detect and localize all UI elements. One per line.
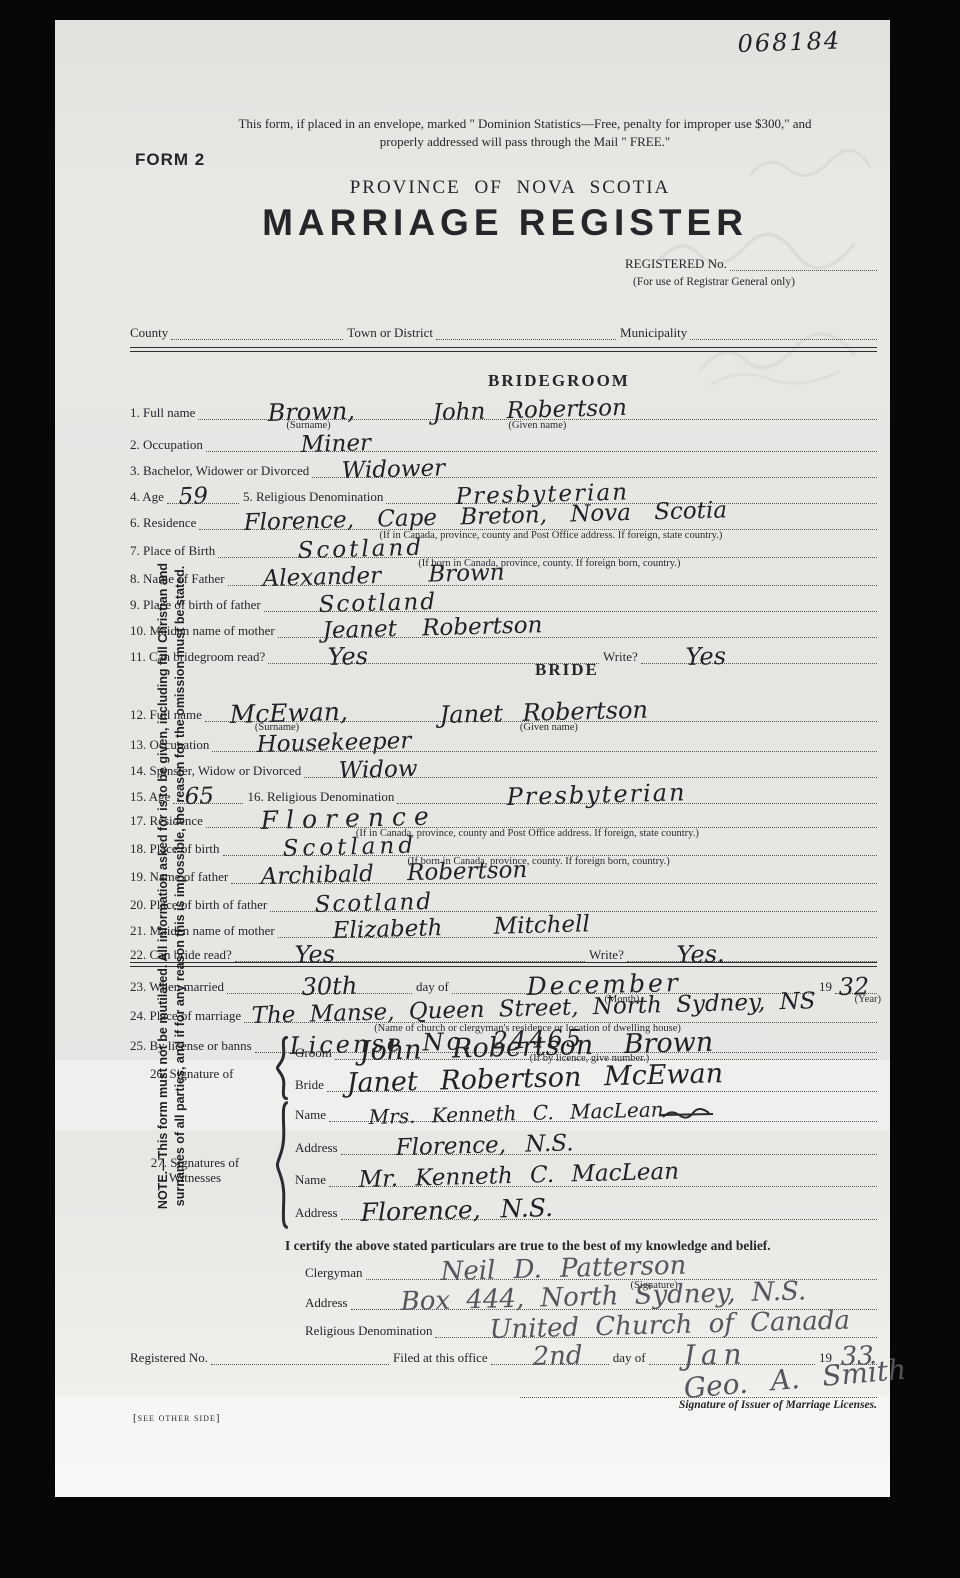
field-line: Miner <box>206 435 877 452</box>
field-label: 7. Place of Birth <box>130 543 218 558</box>
field-line: Alexander Brown <box>228 569 877 586</box>
field-line: Janet Robertson McEwan <box>327 1075 877 1092</box>
field-line: Scotland (If born in Canada, province, c… <box>223 839 877 856</box>
municipality-label: Municipality <box>616 325 690 340</box>
field-line: Archibald Robertson <box>231 867 877 884</box>
county-field <box>171 323 343 340</box>
field-line-filed-day: 2nd <box>491 1348 609 1365</box>
field-bridegroom-father-birthplace: 9. Place of birth of father Scotland <box>130 596 877 612</box>
field-label: 3. Bachelor, Widower or Divorced <box>130 463 312 478</box>
field-line-write: Yes <box>641 647 877 664</box>
handwriting-filed-month: Jan <box>683 1340 748 1370</box>
field-line: Widow <box>304 761 877 778</box>
town-field <box>436 323 616 340</box>
mail-notice: This form, if placed in an envelope, mar… <box>175 115 875 151</box>
field-line-day: 30th <box>227 977 412 994</box>
divider-rule <box>130 347 877 352</box>
handwriting-father-birthplace: Scotland <box>315 891 434 917</box>
field-line: Jeanet Robertson <box>278 621 877 638</box>
field-bridegroom-birthplace: 7. Place of Birth Scotland (If born in C… <box>130 542 877 558</box>
field-label: 2. Occupation <box>130 437 206 452</box>
handwriting-denomination: United Church of Canada <box>490 1308 851 1343</box>
field-bride-birthplace: 18. Place of birth Scotland (If born in … <box>130 840 877 856</box>
field-bride-residence: 17. Residence Florence (If in Canada, pr… <box>130 812 877 828</box>
municipality-field <box>690 323 877 340</box>
field-bride-father: 19. Name of father Archibald Robertson <box>130 868 877 884</box>
handwriting-mother-name: Elizabeth Mitchell <box>332 913 590 943</box>
field-line: Florence, Cape Breton, Nova Scotia (If i… <box>199 513 877 530</box>
field-label: day of <box>609 1350 649 1365</box>
field-label: Religious Denomination <box>305 1323 435 1338</box>
county-label: County <box>130 325 171 340</box>
field-line-age: 59 <box>167 487 239 504</box>
field-bridegroom-occupation: 2. Occupation Miner <box>130 436 877 452</box>
town-label: Town or District <box>343 325 436 340</box>
registered-no-field <box>730 254 877 271</box>
field-bridegroom-residence: 6. Residence Florence, Cape Breton, Nova… <box>130 514 877 530</box>
field-bridegroom-literacy: 11. Can bridegroom read? Yes Write? Yes <box>130 648 877 664</box>
field-bridegroom-mother: 10. Maiden name of mother Jeanet Roberts… <box>130 622 877 638</box>
handwriting-can-write: Yes <box>685 644 726 669</box>
registered-no-row: REGISTERED No. <box>625 255 877 271</box>
handwriting-father-name: Archibald Robertson <box>261 859 528 889</box>
brace-witnesses <box>275 1100 291 1230</box>
field-witness2-name: Name Mr. Kenneth C. MacLean <box>295 1171 877 1187</box>
given-name-caption: (Given name) <box>520 722 578 733</box>
field-label: 25. By license or banns <box>130 1038 255 1053</box>
registrar-note: (For use of Registrar General only) <box>633 276 795 288</box>
field-groom-signature: Groom John Robertson Brown <box>295 1044 877 1060</box>
field-line-religion: Presbyterian <box>397 787 877 804</box>
field-bride-signature: Bride Janet Robertson McEwan <box>295 1076 877 1092</box>
field-religious-denomination: Religious Denomination United Church of … <box>305 1322 877 1338</box>
field-line-write: Yes. <box>627 945 877 962</box>
handwriting-age: 59 <box>178 485 208 509</box>
province-title: PROVINCE OF NOVA SCOTIA <box>130 177 890 199</box>
mail-notice-line2: properly addressed will pass through the… <box>175 133 875 151</box>
field-bridegroom-father: 8. Name of Father Alexander Brown <box>130 570 877 586</box>
field-label: Address <box>295 1205 341 1220</box>
field-line: Scotland <box>270 895 877 912</box>
field-label: Address <box>305 1295 351 1310</box>
field-label: 19 <box>815 979 835 994</box>
field-witness1-address: Address Florence, N.S. <box>295 1139 877 1155</box>
field-bride-status: 14. Spinster, Widow or Divorced Widow <box>130 762 877 778</box>
field-label: 5. Religious Denomination <box>239 489 386 504</box>
field-line: Florence, N.S. <box>341 1138 877 1155</box>
handwriting-bride-signature: Janet Robertson McEwan <box>346 1060 723 1097</box>
handwriting-day: 30th <box>301 974 357 999</box>
field-line: Widower <box>312 461 877 478</box>
field-label: 1. Full name <box>130 405 198 420</box>
field-line: Scotland (If born in Canada, province, c… <box>218 541 877 558</box>
registered-no-label: REGISTERED No. <box>625 256 730 271</box>
field-bridegroom-status: 3. Bachelor, Widower or Divorced Widower <box>130 462 877 478</box>
handwriting-witness1-name: Mrs. Kenneth C. MacLean <box>369 1099 664 1127</box>
field-label: 6. Residence <box>130 515 199 530</box>
field-line: Mr. Kenneth C. MacLean <box>329 1170 877 1187</box>
mail-notice-line1: This form, if placed in an envelope, mar… <box>175 115 875 133</box>
handwriting-witness2-address: Florence, N.S. <box>360 1195 553 1225</box>
field-line-year: 32 (Year) <box>835 977 877 994</box>
margin-note: NOTE.—This form must not be mutilated. A… <box>155 562 189 1210</box>
field-label: Groom <box>295 1045 335 1060</box>
handwriting-age: 65 <box>185 785 215 809</box>
field-line: Florence (If in Canada, province, county… <box>206 811 877 828</box>
handwriting-mother-name: Jeanet Robertson <box>322 614 542 643</box>
field-line: Geo. A. Smith Signature of Issuer of Mar… <box>520 1381 877 1398</box>
field-line: United Church of Canada <box>435 1321 877 1338</box>
handwriting-status: Widow <box>339 758 418 783</box>
field-line: Brown, John Robertson (Surname) (Given n… <box>198 403 877 420</box>
bridegroom-section-title: BRIDEGROOM <box>488 371 630 391</box>
field-label: 11. Can bridegroom read? <box>130 649 268 664</box>
handwriting-father-birthplace: Scotland <box>318 591 437 617</box>
bride-section-title: BRIDE <box>535 660 599 680</box>
field-label: 9. Place of birth of father <box>130 597 264 612</box>
handwritten-doc-number: 068184 <box>737 28 841 56</box>
county-row: County Town or District Municipality <box>130 324 877 340</box>
field-label: Name <box>295 1107 329 1122</box>
certify-statement: I certify the above stated particulars a… <box>285 1238 771 1254</box>
divider-rule <box>130 962 877 967</box>
field-label: Filed at this office <box>389 1350 491 1365</box>
field-label: Bride <box>295 1077 327 1092</box>
handwriting-religion: Presbyterian <box>507 780 687 809</box>
handwriting-occupation: Miner <box>300 432 371 457</box>
field-line: John Robertson Brown <box>335 1043 877 1060</box>
field-line: McEwan, Janet Robertson (Surname) (Given… <box>205 705 877 722</box>
handwriting-status: Widower <box>342 457 446 483</box>
field-line-read: Yes <box>235 945 585 962</box>
field-line-registered-no <box>211 1348 389 1365</box>
field-line: Scotland <box>264 595 877 612</box>
witnesses-label: 27. Signatures of Witnesses <box>135 1155 255 1185</box>
handwriting-can-read: Yes <box>328 644 369 669</box>
see-other-side-note: [see other side] <box>133 1412 221 1424</box>
field-label: 20. Place of birth of father <box>130 897 270 912</box>
handwriting-witness2-name: Mr. Kenneth C. MacLean <box>358 1161 679 1192</box>
page-title: MARRIAGE REGISTER <box>125 202 885 244</box>
field-label: Write? <box>585 947 627 962</box>
field-issuer-signature: Geo. A. Smith Signature of Issuer of Mar… <box>520 1382 877 1398</box>
field-label: 16. Religious Denomination <box>243 789 397 804</box>
field-bride-age-religion: 15. Age 65 16. Religious Denomination Pr… <box>130 788 877 804</box>
field-line: The Manse, Queen Street, North Sydney, N… <box>244 1006 877 1023</box>
field-registered-filed: Registered No. Filed at this office 2nd … <box>130 1349 877 1365</box>
field-witness2-address: Address Florence, N.S. <box>295 1204 877 1220</box>
field-label: Clergyman <box>305 1265 366 1280</box>
field-label: Name <box>295 1172 329 1187</box>
field-bride-literacy: 22. Can bride read? Yes Write? Yes. <box>130 946 877 962</box>
field-bride-full-name: 12. Full name McEwan, Janet Robertson (S… <box>130 706 877 722</box>
field-line: Florence, N.S. <box>341 1203 877 1220</box>
field-label: day of <box>412 979 452 994</box>
field-place-of-marriage: 24. Place of marriage The Manse, Queen S… <box>130 1007 877 1023</box>
struck-out-text <box>659 1107 715 1123</box>
handwriting-birthplace: Scotland <box>298 537 425 563</box>
surname-caption: (Surname) <box>286 420 330 431</box>
residence-caption: (If in Canada, province, county and Post… <box>379 530 722 541</box>
marriage-register-form: 068184 This form, if placed in an envelo… <box>55 20 890 1497</box>
form-number-label: FORM 2 <box>135 150 205 170</box>
field-line: Elizabeth Mitchell <box>278 921 877 938</box>
handwriting-father-name: Alexander Brown <box>262 562 504 591</box>
field-label: Write? <box>599 649 641 664</box>
field-label: Registered No. <box>130 1350 211 1365</box>
issuer-caption: Signature of Issuer of Marriage Licenses… <box>679 1399 877 1411</box>
given-name-caption: (Given name) <box>508 420 566 431</box>
field-label: 21. Maiden name of mother <box>130 923 278 938</box>
field-bridegroom-full-name: 1. Full name Brown, John Robertson (Surn… <box>130 404 877 420</box>
field-label: 10. Maiden name of mother <box>130 623 278 638</box>
handwriting-witness1-address: Florence, N.S. <box>395 1132 573 1160</box>
field-witness1-name: Name Mrs. Kenneth C. MacLean <box>295 1106 877 1122</box>
field-bridegroom-age-religion: 4. Age 59 5. Religious Denomination Pres… <box>130 488 877 504</box>
field-line: Housekeeper <box>212 735 877 752</box>
field-label: Address <box>295 1140 341 1155</box>
handwriting-occupation: Housekeeper <box>257 730 412 757</box>
field-bride-mother: 21. Maiden name of mother Elizabeth Mitc… <box>130 922 877 938</box>
handwriting-birthplace: Scotland <box>282 834 417 861</box>
field-line: Mrs. Kenneth C. MacLean <box>329 1105 877 1122</box>
field-label: 4. Age <box>130 489 167 504</box>
handwriting-filed-day: 2nd <box>532 1343 583 1370</box>
field-bride-father-birthplace: 20. Place of birth of father Scotland <box>130 896 877 912</box>
field-bride-occupation: 13. Occupation Housekeeper <box>130 736 877 752</box>
year-caption: (Year) <box>855 994 881 1005</box>
